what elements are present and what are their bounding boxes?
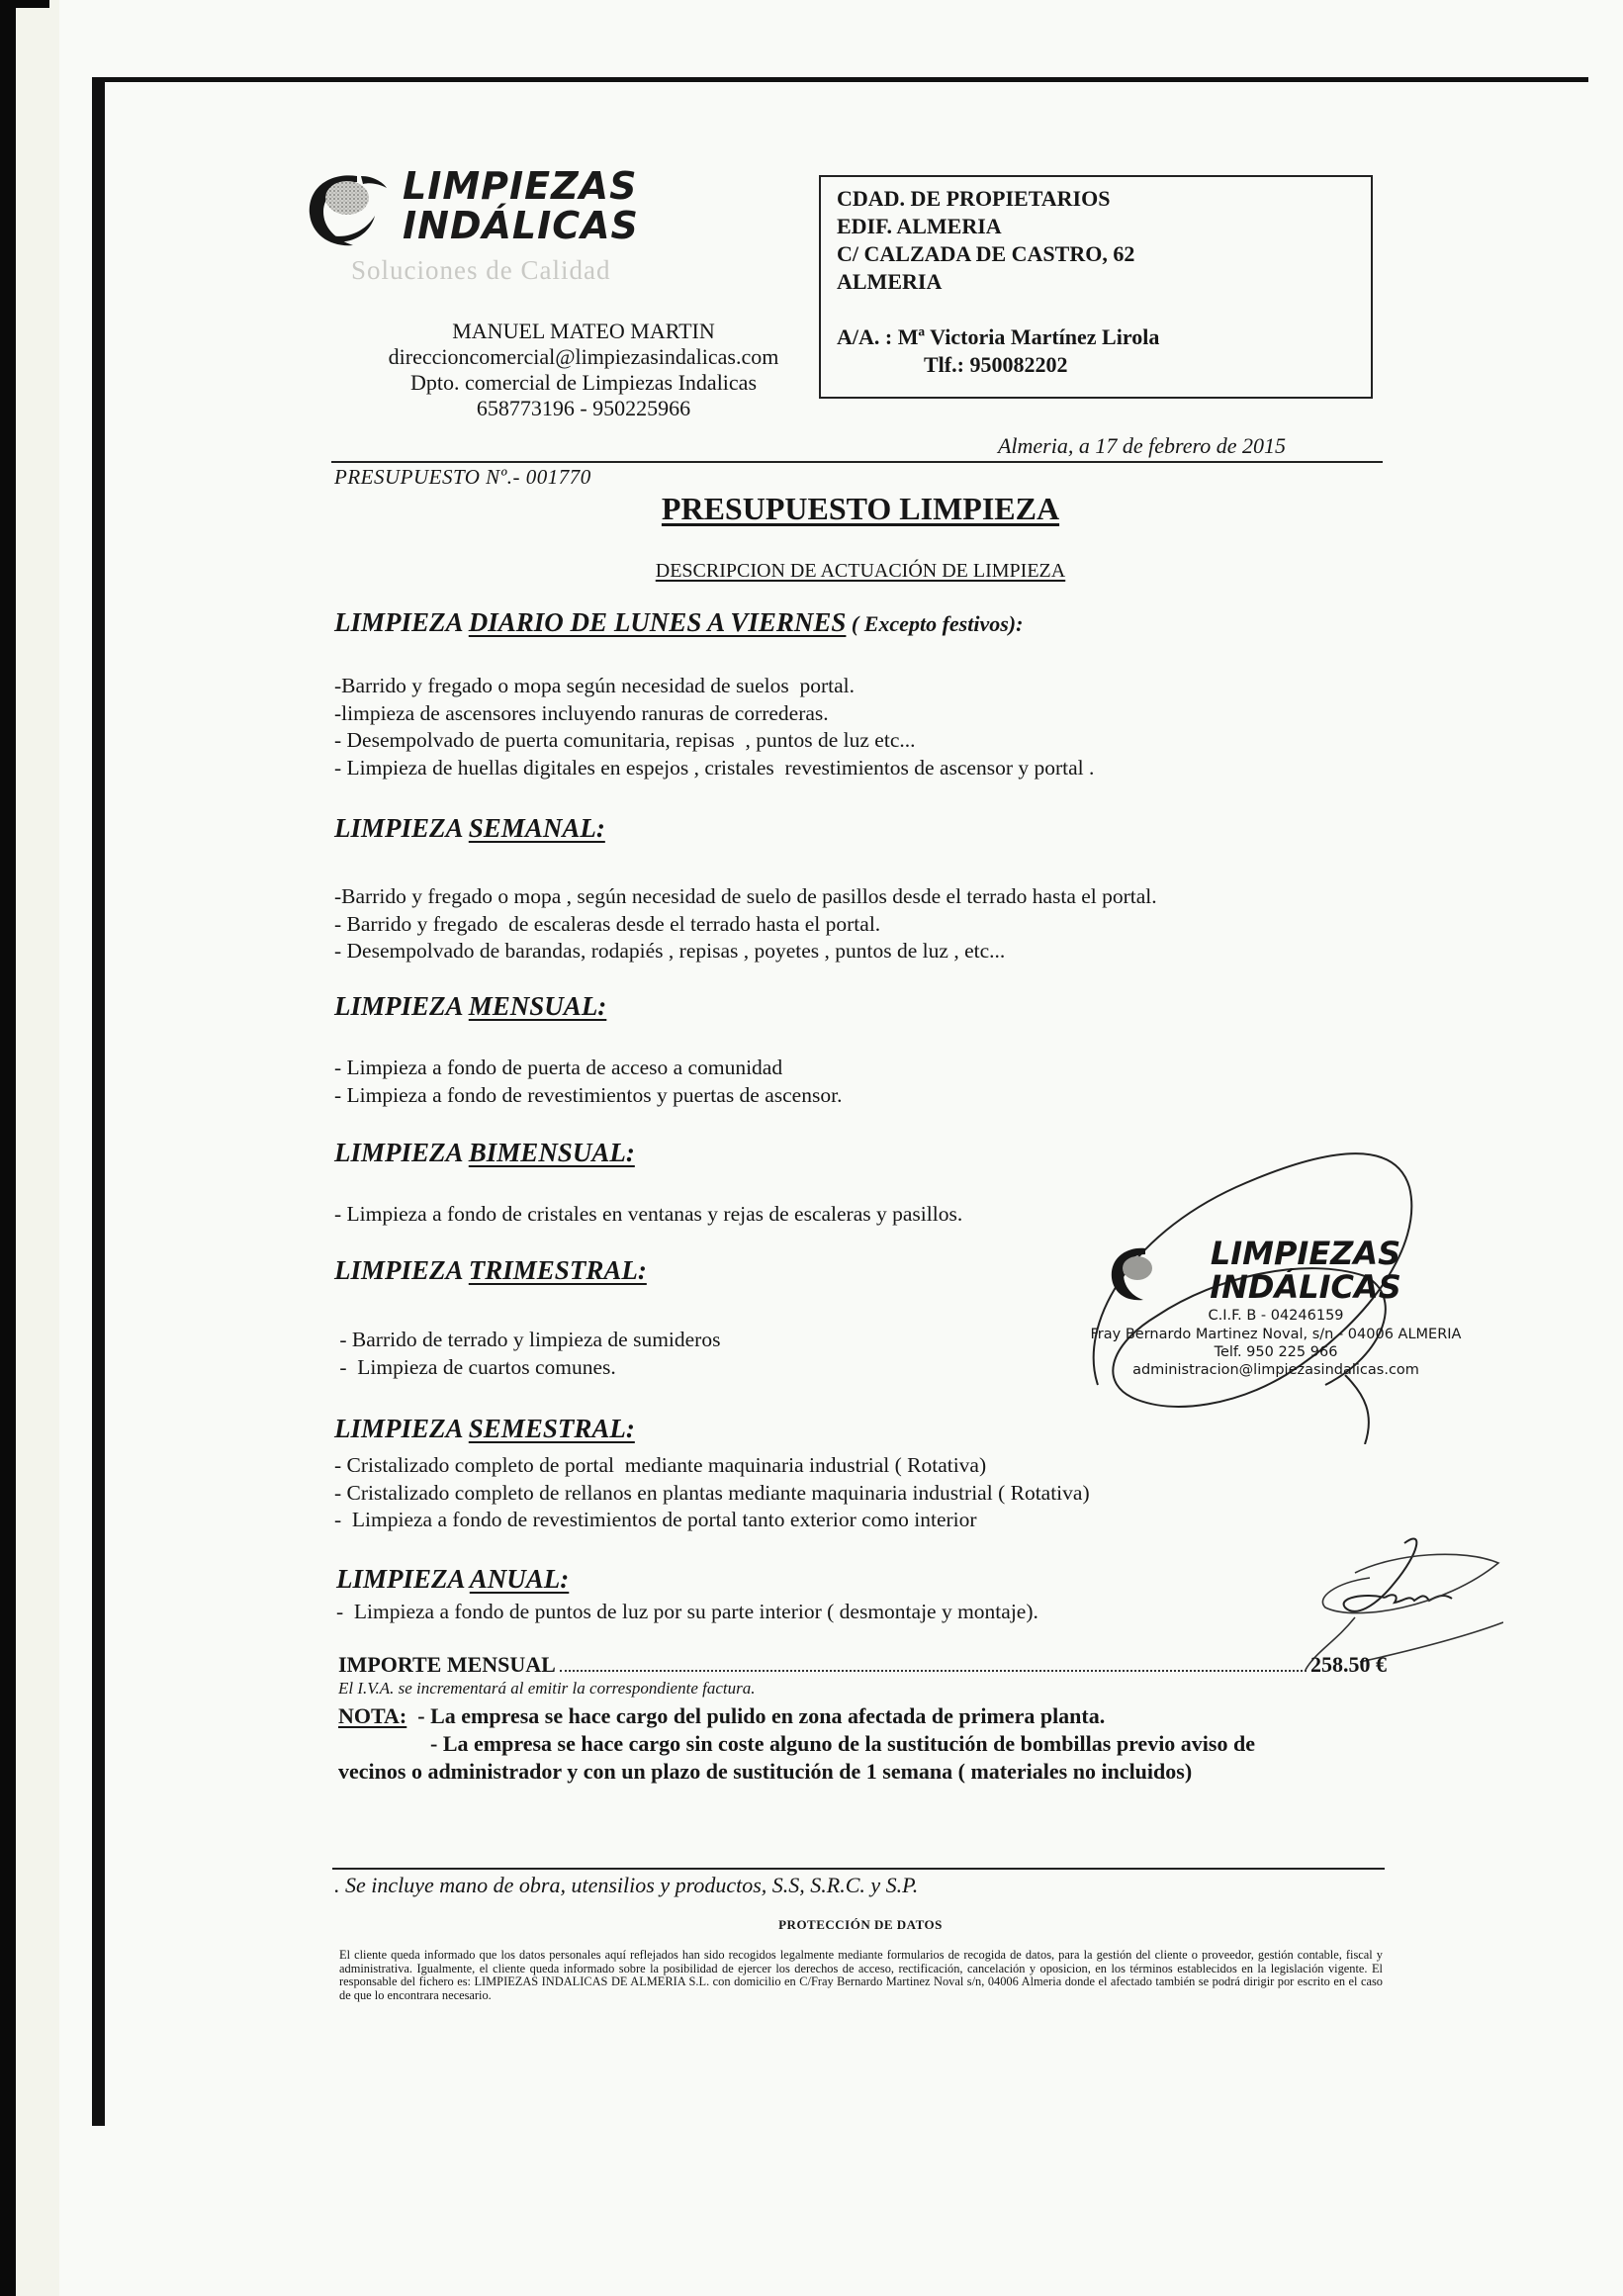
dot-leader: [560, 1670, 1307, 1672]
section-heading-semiannual: LIMPIEZA SEMESTRAL:: [334, 1414, 635, 1444]
list-item: - Limpieza a fondo de puerta de acceso a…: [334, 1055, 842, 1082]
scan-strip: [16, 0, 59, 2296]
page-title-text: PRESUPUESTO LIMPIEZA: [662, 491, 1059, 526]
section-items-monthly: - Limpieza a fondo de puerta de acceso a…: [334, 1055, 842, 1109]
sender-name: MANUEL MATEO MARTIN: [316, 319, 851, 344]
section-note: ( Excepto festivos):: [846, 611, 1023, 636]
stamp-wordmark: LIMPIEZAS INDÁLICAS: [1068, 1237, 1484, 1304]
section-heading-weekly: LIMPIEZA SEMANAL:: [334, 813, 605, 844]
section-heading-quarterly: LIMPIEZA TRIMESTRAL:: [334, 1255, 647, 1286]
sender-department: Dpto. comercial de Limpiezas Indalicas: [316, 370, 851, 396]
nota-line-1: - La empresa se hace cargo del pulido en…: [417, 1703, 1105, 1728]
page-subtitle-text: DESCRIPCION DE ACTUACIÓN DE LIMPIEZA: [656, 560, 1065, 582]
list-item: -Barrido y fregado o mopa según necesida…: [334, 673, 1094, 700]
scan-top-mark: [0, 0, 49, 8]
letterhead-frame-top: [92, 77, 1588, 82]
company-stamp: LIMPIEZAS INDÁLICAS C.I.F. B - 04246159 …: [1068, 1148, 1484, 1444]
recipient-line-4: ALMERIA: [837, 268, 1355, 296]
section-heading-daily: LIMPIEZA DIARIO DE LUNES A VIERNES ( Exc…: [334, 607, 1023, 638]
section-prefix: LIMPIEZA: [334, 991, 469, 1021]
section-items-semiannual: - Cristalizado completo de portal median…: [334, 1452, 1090, 1534]
nota-line-3: vecinos o administrador y con un plazo d…: [338, 1758, 1387, 1786]
section-items-quarterly: - Barrido de terrado y limpieza de sumid…: [334, 1327, 720, 1381]
list-item: - Cristalizado completo de rellanos en p…: [334, 1480, 1090, 1508]
globe-swoosh-logo-icon: [302, 170, 393, 249]
recipient-line-2: EDIF. ALMERIA: [837, 213, 1355, 240]
section-frequency: SEMANAL:: [469, 813, 605, 843]
recipient-attention: A/A. : Mª Victoria Martínez Lirola: [837, 323, 1355, 351]
stamp-line-2: INDÁLICAS: [1127, 1270, 1484, 1304]
logo-tagline: Soluciones de Calidad: [351, 255, 610, 286]
sender-phones: 658773196 - 950225966: [316, 396, 851, 421]
list-item: - Limpieza a fondo de revestimientos de …: [334, 1507, 1090, 1534]
section-heading-bimonthly: LIMPIEZA BIMENSUAL:: [334, 1138, 635, 1168]
section-prefix: LIMPIEZA: [334, 1255, 469, 1285]
section-prefix: LIMPIEZA: [334, 1138, 469, 1167]
section-heading-annual: LIMPIEZA ANUAL:: [336, 1564, 569, 1595]
list-item: - Desempolvado de puerta comunitaria, re…: [334, 727, 1094, 755]
logo-wordmark: LIMPIEZAS INDÁLICAS: [403, 166, 639, 245]
list-item: - Limpieza a fondo de cristales en venta…: [334, 1201, 962, 1229]
sender-email[interactable]: direccioncomercial@limpiezasindalicas.co…: [316, 344, 851, 370]
section-frequency: MENSUAL:: [469, 991, 607, 1021]
section-items-annual: - Limpieza a fondo de puntos de luz por …: [336, 1599, 1038, 1626]
privacy-title: PROTECCIÓN DE DATOS: [316, 1917, 1404, 1933]
footer-divider: [332, 1868, 1385, 1870]
list-item: - Desempolvado de barandas, rodapiés , r…: [334, 938, 1157, 965]
currency-symbol: €: [1376, 1652, 1387, 1678]
letterhead-frame-left: [92, 77, 105, 2126]
included-note: . Se incluye mano de obra, utensilios y …: [334, 1873, 918, 1898]
stamp-line-1: LIMPIEZAS: [1127, 1237, 1484, 1270]
list-item: - Barrido de terrado y limpieza de sumid…: [334, 1327, 720, 1354]
recipient-phone: Tlf.: 950082202: [837, 351, 1355, 379]
amount-value: 258.50: [1310, 1652, 1371, 1678]
recipient-line-3: C/ CALZADA DE CASTRO, 62: [837, 240, 1355, 268]
list-item: -limpieza de ascensores incluyendo ranur…: [334, 700, 1094, 728]
nota-line-2: - La empresa se hace cargo sin coste alg…: [338, 1730, 1387, 1758]
list-item: -Barrido y fregado o mopa , según necesi…: [334, 883, 1157, 911]
scan-edge: [0, 0, 16, 2296]
amount-label: IMPORTE MENSUAL: [338, 1652, 556, 1678]
recipient-address-box: CDAD. DE PROPIETARIOS EDIF. ALMERIA C/ C…: [819, 175, 1373, 399]
nota-label: NOTA:: [338, 1703, 406, 1728]
stamp-cif: C.I.F. B - 04246159: [1068, 1307, 1484, 1325]
list-item: - Limpieza de cuartos comunes.: [334, 1354, 720, 1382]
section-prefix: LIMPIEZA: [334, 1414, 469, 1443]
page-subtitle: DESCRIPCION DE ACTUACIÓN DE LIMPIEZA: [316, 560, 1404, 583]
logo-line-1: LIMPIEZAS: [403, 166, 639, 206]
list-item: - Cristalizado completo de portal median…: [334, 1452, 1090, 1480]
stamp-email: administracion@limpiezasindalicas.com: [1068, 1361, 1484, 1379]
header-divider: [331, 461, 1383, 463]
handwritten-signature-icon: [1276, 1523, 1503, 1672]
section-items-bimonthly: - Limpieza a fondo de cristales en venta…: [334, 1201, 962, 1229]
section-prefix: LIMPIEZA: [336, 1564, 470, 1594]
sender-contact: MANUEL MATEO MARTIN direccioncomercial@l…: [316, 319, 851, 421]
list-item: - Limpieza a fondo de revestimientos y p…: [334, 1082, 842, 1110]
privacy-body: El cliente queda informado que los datos…: [339, 1949, 1383, 2002]
company-logo: LIMPIEZAS INDÁLICAS Soluciones de Calida…: [302, 166, 697, 285]
budget-number: PRESUPUESTO Nº.- 001770: [334, 465, 591, 490]
monthly-amount-row: IMPORTE MENSUAL 258.50 €: [338, 1652, 1387, 1678]
section-items-weekly: -Barrido y fregado o mopa , según necesi…: [334, 883, 1157, 965]
section-prefix: LIMPIEZA: [334, 813, 469, 843]
recipient-line-1: CDAD. DE PROPIETARIOS: [837, 185, 1355, 213]
page-title: PRESUPUESTO LIMPIEZA: [316, 491, 1404, 527]
stamp-address: Fray Bernardo Martinez Noval, s/n - 0400…: [1068, 1326, 1484, 1343]
list-item: - Limpieza a fondo de puntos de luz por …: [336, 1599, 1038, 1626]
section-frequency: TRIMESTRAL:: [469, 1255, 647, 1285]
list-item: - Barrido y fregado de escaleras desde e…: [334, 911, 1157, 939]
notes-block: NOTA: - La empresa se hace cargo del pul…: [338, 1702, 1387, 1786]
logo-line-2: INDÁLICAS: [403, 206, 639, 245]
section-items-daily: -Barrido y fregado o mopa según necesida…: [334, 673, 1094, 781]
section-prefix: LIMPIEZA: [334, 607, 469, 637]
section-frequency: BIMENSUAL:: [469, 1138, 635, 1167]
list-item: - Limpieza de huellas digitales en espej…: [334, 755, 1094, 782]
section-heading-monthly: LIMPIEZA MENSUAL:: [334, 991, 606, 1022]
stamp-phone: Telf. 950 225 966: [1068, 1343, 1484, 1361]
section-frequency: ANUAL:: [470, 1564, 570, 1594]
document-date: Almeria, a 17 de febrero de 2015: [890, 433, 1286, 459]
section-frequency: DIARIO DE LUNES A VIERNES: [469, 607, 847, 637]
section-frequency: SEMESTRAL:: [469, 1414, 635, 1443]
vat-note: El I.V.A. se incrementará al emitir la c…: [338, 1679, 755, 1699]
spacer: [837, 296, 1355, 323]
